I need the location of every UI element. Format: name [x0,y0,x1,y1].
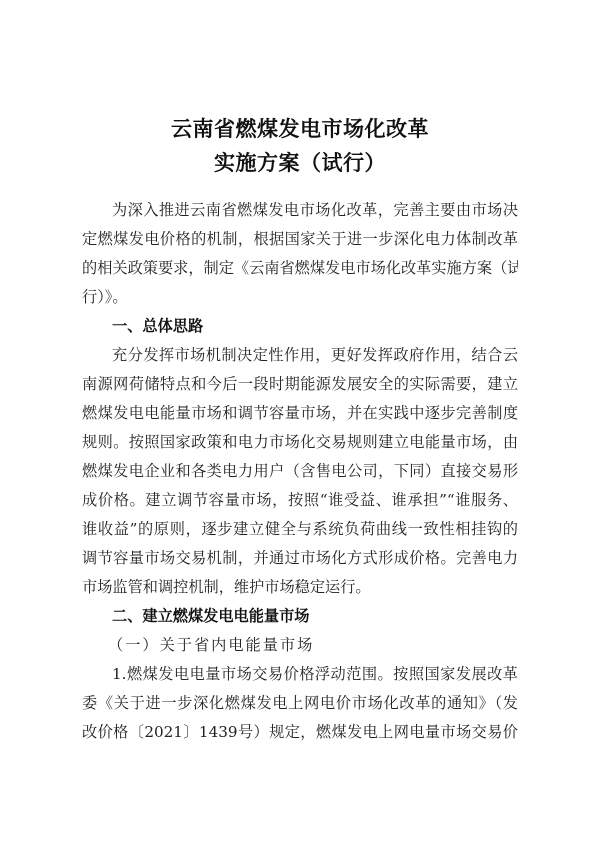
section-2-subsection-1-heading: （一）关于省内电能量市场 [108,635,314,655]
section-1-line-4: 规则。按照国家政策和电力市场化交易规则建立电能量市场，由 [82,432,518,452]
section-1-line-1: 充分发挥市场机制决定性作用，更好发挥政府作用，结合云 [112,345,518,365]
section-2-line-1: 1.燃煤发电电量市场交易价格浮动范围。按照国家发展改革 [112,664,518,684]
section-1-line-6: 成价格。建立调节容量市场，按照“谁受益、谁承担”“谁服务、 [82,490,518,510]
section-1-line-7: 谁收益”的原则，逐步建立健全与系统负荷曲线一致性相挂钩的 [82,519,518,539]
intro-line-4: 行）》。 [82,287,518,307]
document-title-line-2: 实施方案（试行） [0,147,600,177]
section-2-line-2: 委《关于进一步深化燃煤发电上网电价市场化改革的通知》（发 [82,693,518,713]
section-1-line-2: 南源网荷储特点和今后一段时期能源发展安全的实际需要，建立 [82,374,518,394]
intro-line-1: 为深入推进云南省燃煤发电市场化改革，完善主要由市场决 [112,200,518,220]
section-2-heading: 二、建立燃煤发电电能量市场 [112,606,309,626]
intro-line-2: 定燃煤发电价格的机制，根据国家关于进一步深化电力体制改革 [82,229,518,249]
section-1-heading: 一、总体思路 [112,316,203,336]
section-1-line-5: 燃煤发电企业和各类电力用户（含售电公司，下同）直接交易形 [82,461,518,481]
section-1-line-9: 市场监管和调控机制，维护市场稳定运行。 [82,577,518,597]
document-title-line-1: 云南省燃煤发电市场化改革 [0,113,600,143]
section-1-line-3: 燃煤发电电能量市场和调节容量市场，并在实践中逐步完善制度 [82,403,518,423]
document-page: 云南省燃煤发电市场化改革 实施方案（试行） 为深入推进云南省燃煤发电市场化改革，… [0,0,600,848]
section-2-line-3: 改价格〔2021〕1439号）规定，燃煤发电上网电量市场交易价 [82,722,518,742]
intro-line-3: 的相关政策要求，制定《云南省燃煤发电市场化改革实施方案（试 [82,258,518,278]
section-1-line-8: 调节容量市场交易机制，并通过市场化方式形成价格。完善电力 [82,548,518,568]
